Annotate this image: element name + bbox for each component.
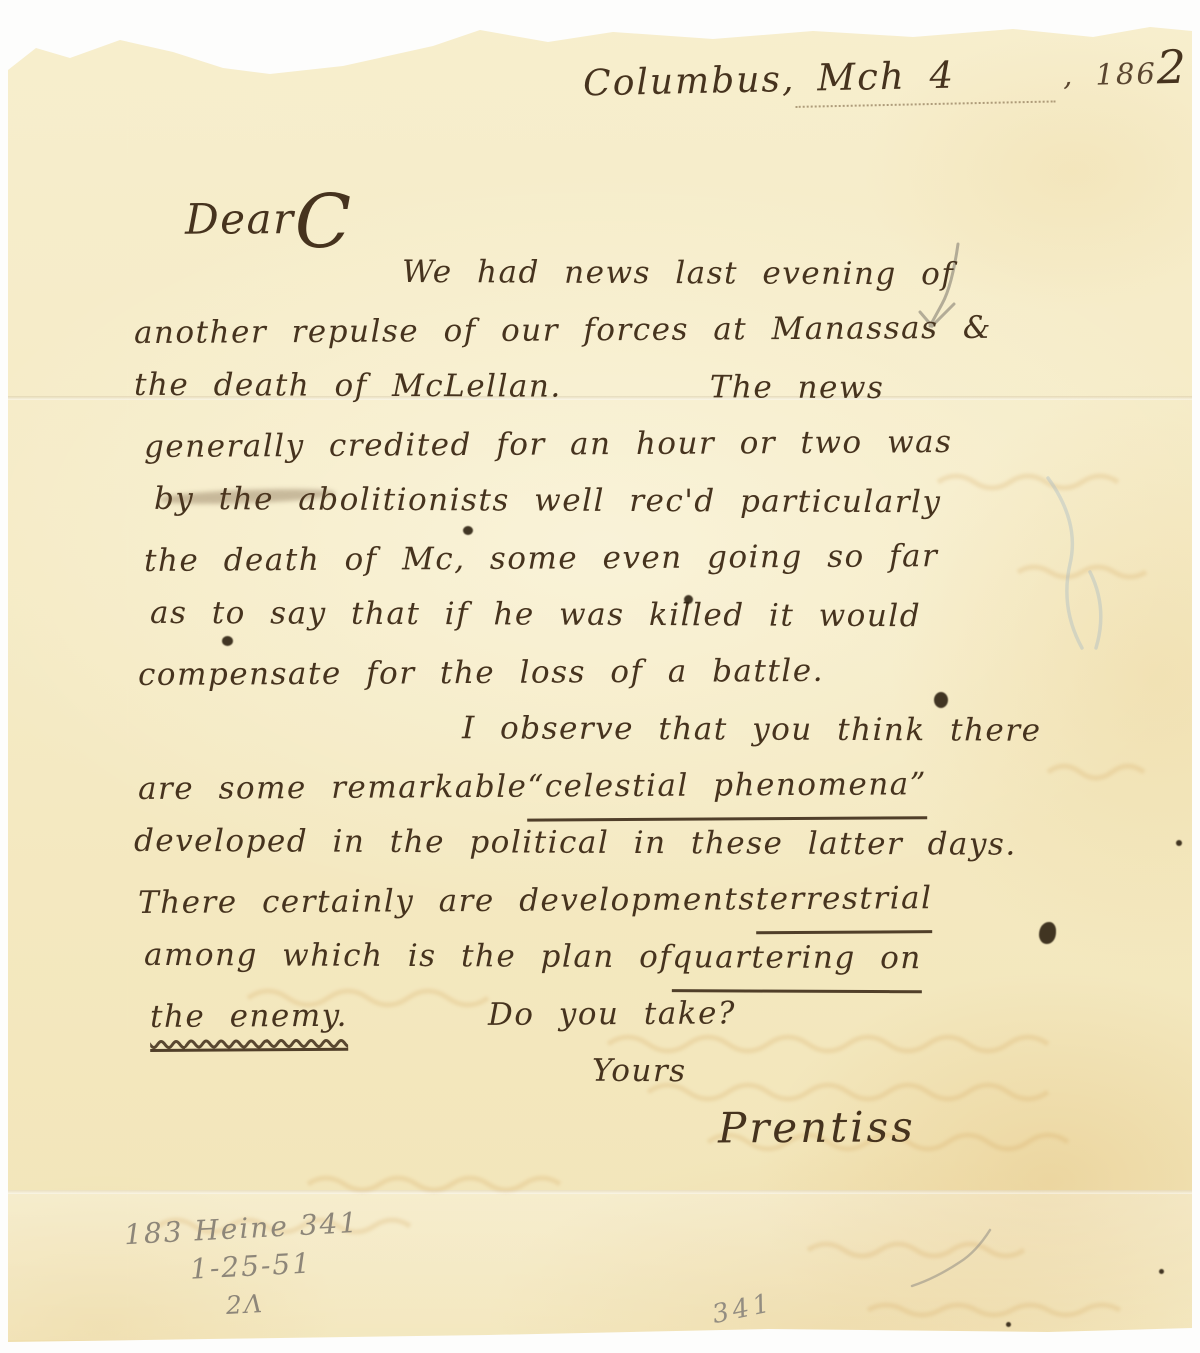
pencil-inventory-number: 341 (710, 1288, 777, 1330)
handwritten-text: compensate for the loss of a battle. (138, 643, 824, 704)
ink-blot (684, 595, 693, 604)
ink-blot (934, 692, 948, 708)
underlined-phrase: “celestial phenomena” (527, 756, 927, 821)
letterhead-year-printed: , 186 (1055, 56, 1157, 92)
letter-line: the enemy.Do you take? (130, 983, 1140, 1046)
letter-line: Yours (130, 1041, 1140, 1102)
handwritten-text: among which is the plan of (144, 927, 673, 986)
letter-line: among which is the plan of quartering on (130, 927, 1140, 988)
pencil-note-line: 2Λ (225, 1280, 364, 1325)
handwritten-text: another repulse of our forces at Manassa… (134, 300, 992, 362)
handwritten-text: C (295, 202, 353, 242)
handwritten-text: Dear (185, 190, 295, 248)
letter-line: I observe that you think there (130, 699, 1140, 760)
handwritten-text: Prentiss (718, 1098, 916, 1156)
handwritten-text: developed in the political in these latt… (134, 813, 1017, 874)
handwritten-text: are some remarkable (138, 759, 528, 818)
letter-line: generally credited for an hour or two wa… (130, 413, 1140, 476)
handwritten-text: I observe that you think there (462, 700, 1042, 760)
pencil-stray-curve (912, 1230, 990, 1286)
letter-line: Prentiss (130, 1097, 1140, 1160)
handwritten-text: We had news last evening of (402, 244, 955, 303)
fold-crease-lower (8, 1190, 1192, 1194)
pencil-dealer-notations: 183 Heine 3411-25-512Λ (123, 1204, 364, 1330)
letter-line: as to say that if he was killed it would (130, 585, 1140, 646)
handwritten-text: The news (710, 359, 885, 417)
letter-line: another repulse of our forces at Manassa… (130, 299, 1140, 362)
ink-speck (1176, 840, 1182, 846)
letterhead-year-digit: 2 (1156, 40, 1188, 95)
letter-line: We had news last evening of (130, 243, 1140, 304)
ink-speck (1006, 1322, 1011, 1327)
ink-speck (1159, 1269, 1164, 1274)
ink-blot (222, 636, 233, 646)
letter-line: developed in the political in these latt… (130, 813, 1140, 874)
letter-line: the death of Mc, some even going so far (130, 527, 1140, 590)
letter-line: are some remarkable “celestial phenomena… (130, 755, 1140, 818)
scanned-letter-page: Columbus,Mch 4, 1862 Dear CWe had news l… (0, 0, 1200, 1353)
handwritten-text: Do you take? (488, 985, 736, 1044)
letter-line: compensate for the loss of a battle. (130, 641, 1140, 704)
letterhead-date: Mch 4 (795, 51, 1056, 107)
handwritten-text: There certainly are developments (138, 871, 756, 932)
letter-paper-sheet: Columbus,Mch 4, 1862 Dear CWe had news l… (8, 12, 1192, 1342)
letter-line: There certainly are developments terrest… (130, 869, 1140, 932)
letter-body: Dear CWe had news last evening ofanother… (130, 188, 1140, 1157)
letter-line: the death of McLellan.The news (130, 357, 1140, 418)
handwritten-text: the death of Mc, some even going so far (144, 528, 939, 590)
letter-line: Dear C (130, 185, 1140, 248)
letterhead-place: Columbus, (583, 59, 796, 104)
handwritten-text: Yours (592, 1043, 687, 1100)
letterhead-date-line: Columbus,Mch 4, 1862 (583, 40, 1189, 107)
handwritten-text: generally credited for an hour or two wa… (144, 414, 953, 476)
underlined-phrase: terrestrial (756, 870, 933, 934)
handwritten-text: as to say that if he was killed it would (150, 585, 921, 645)
ink-blot (463, 526, 473, 535)
handwritten-text: the death of McLellan. (134, 357, 562, 416)
